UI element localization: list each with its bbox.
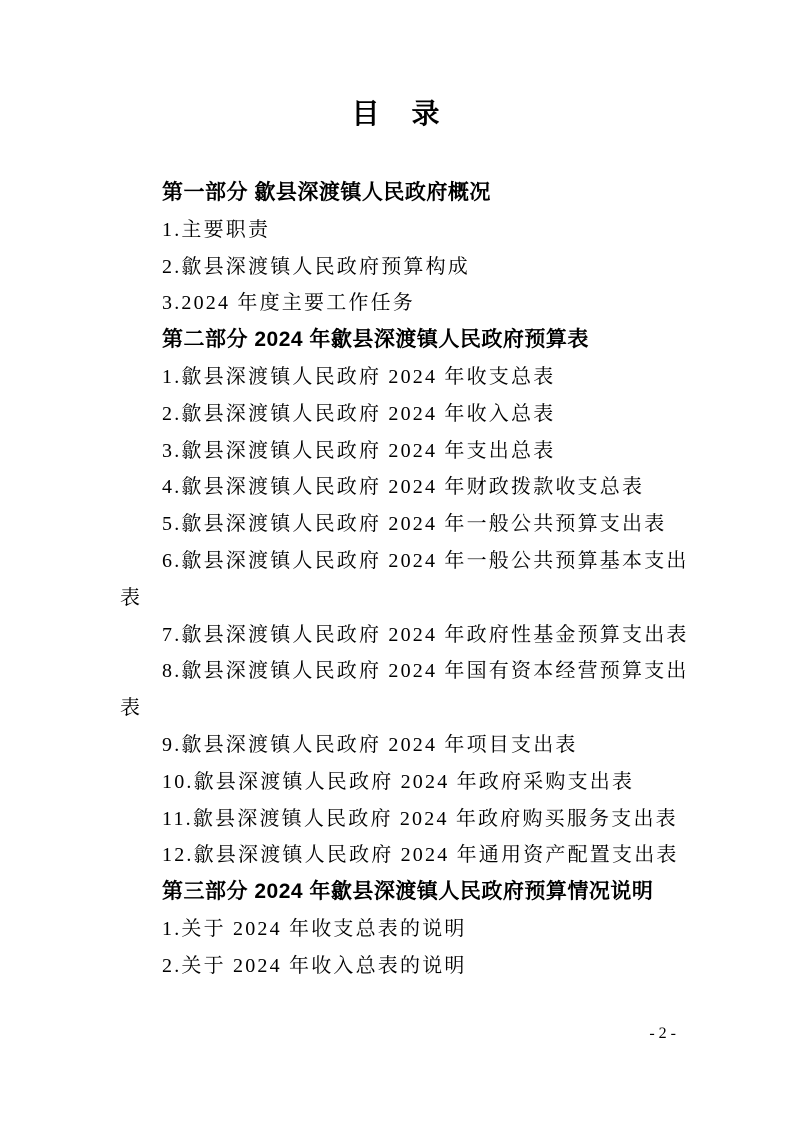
toc-item: 1.歙县深渡镇人民政府 2024 年收支总表 xyxy=(120,359,686,396)
toc-item: 2.歙县深渡镇人民政府预算构成 xyxy=(120,249,686,286)
toc-item: 9.歙县深渡镇人民政府 2024 年项目支出表 xyxy=(120,727,686,764)
toc-item: 2.关于 2024 年收入总表的说明 xyxy=(120,948,686,985)
page-title: 目 录 xyxy=(0,95,793,133)
toc-item: 1.主要职责 xyxy=(120,212,686,249)
toc-item: 1.关于 2024 年收支总表的说明 xyxy=(120,911,686,948)
toc-item: 3.2024 年度主要工作任务 xyxy=(120,285,686,322)
document-page: 目 录 第一部分 歙县深渡镇人民政府概况 1.主要职责 2.歙县深渡镇人民政府预… xyxy=(0,0,793,1122)
toc-item: 2.歙县深渡镇人民政府 2024 年收入总表 xyxy=(120,396,686,433)
toc-item: 3.歙县深渡镇人民政府 2024 年支出总表 xyxy=(120,433,686,470)
table-of-contents: 第一部分 歙县深渡镇人民政府概况 1.主要职责 2.歙县深渡镇人民政府预算构成 … xyxy=(120,175,686,985)
toc-item-continuation: 表 xyxy=(120,580,686,617)
toc-item: 10.歙县深渡镇人民政府 2024 年政府采购支出表 xyxy=(120,764,686,801)
page-number: - 2 - xyxy=(649,1024,676,1044)
toc-section-heading: 第一部分 歙县深渡镇人民政府概况 xyxy=(120,175,686,212)
toc-section-heading: 第三部分 2024 年歙县深渡镇人民政府预算情况说明 xyxy=(120,874,686,911)
toc-item: 11.歙县深渡镇人民政府 2024 年政府购买服务支出表 xyxy=(120,801,686,838)
toc-item: 5.歙县深渡镇人民政府 2024 年一般公共预算支出表 xyxy=(120,506,686,543)
toc-item-continuation: 表 xyxy=(120,690,686,727)
toc-item: 7.歙县深渡镇人民政府 2024 年政府性基金预算支出表 xyxy=(120,617,686,654)
toc-item: 8.歙县深渡镇人民政府 2024 年国有资本经营预算支出 xyxy=(120,653,686,690)
toc-item: 6.歙县深渡镇人民政府 2024 年一般公共预算基本支出 xyxy=(120,543,686,580)
toc-item: 12.歙县深渡镇人民政府 2024 年通用资产配置支出表 xyxy=(120,837,686,874)
toc-section-heading: 第二部分 2024 年歙县深渡镇人民政府预算表 xyxy=(120,322,686,359)
toc-item: 4.歙县深渡镇人民政府 2024 年财政拨款收支总表 xyxy=(120,469,686,506)
